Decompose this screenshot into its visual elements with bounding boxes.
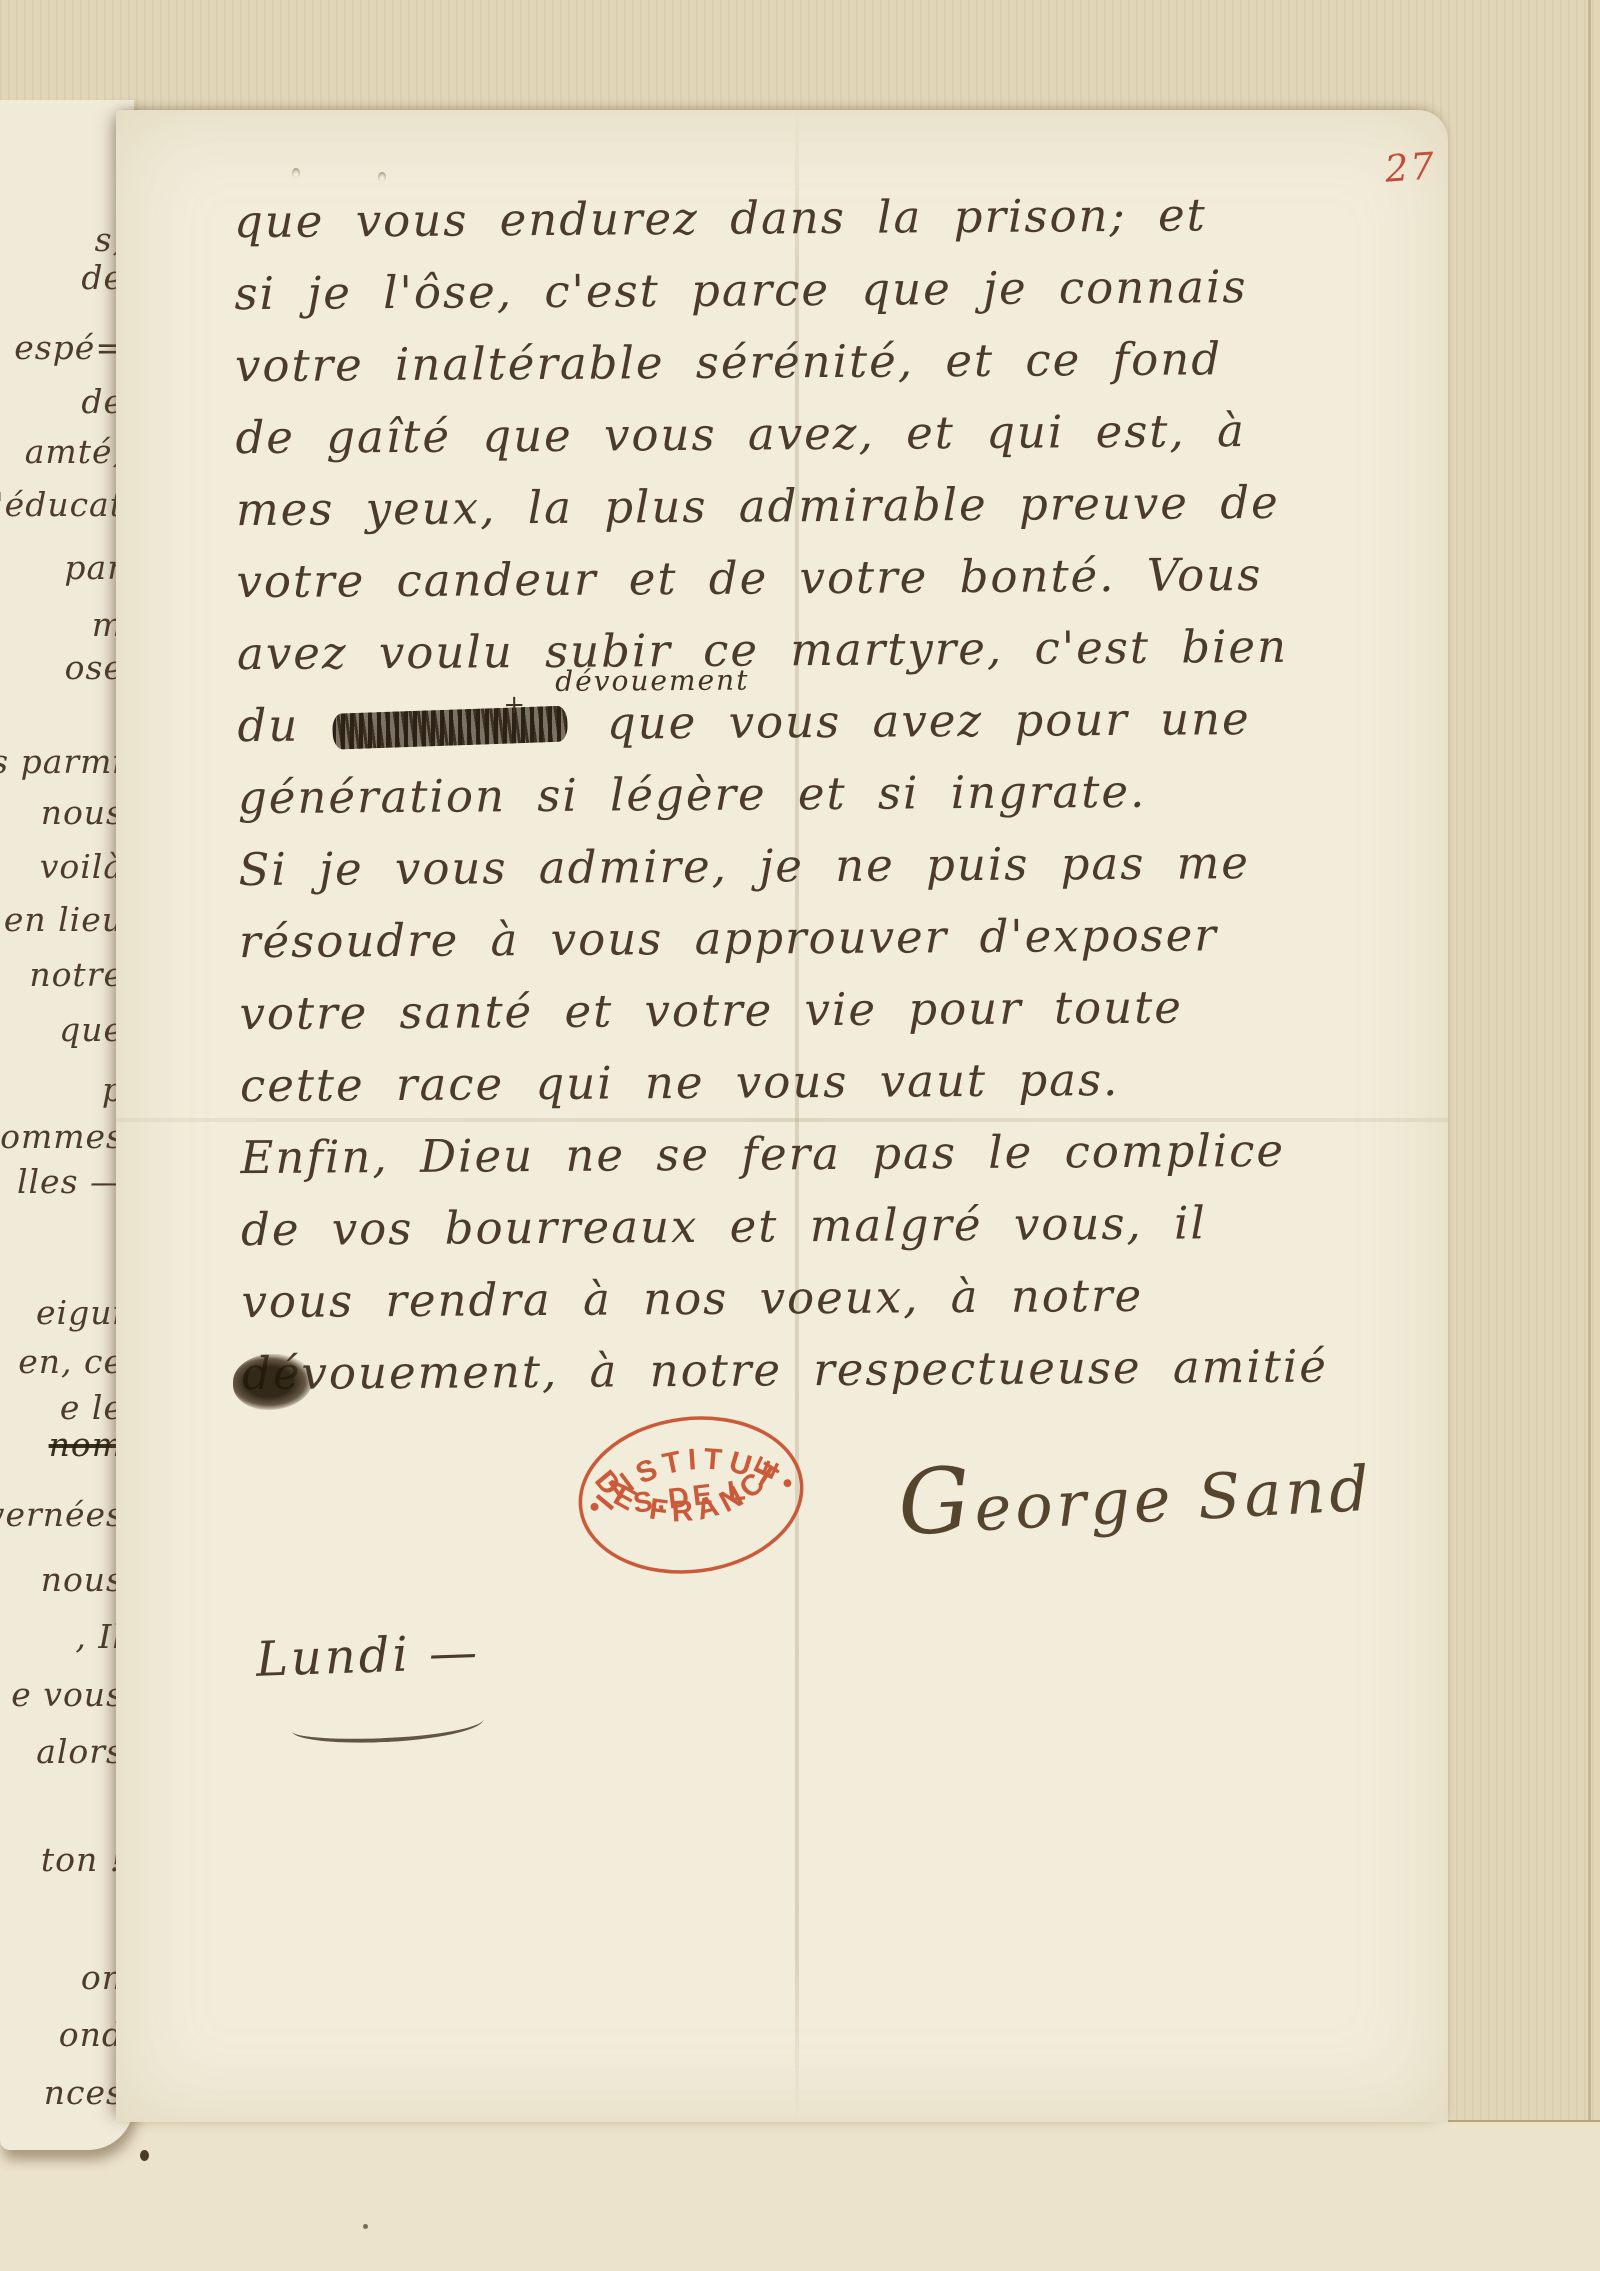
handwritten-line: votre candeur et de votre bonté. Vous [236, 538, 1416, 618]
margin-text-fragment: lles — [17, 1164, 124, 1200]
handwritten-line: votre inaltérable sérénité, et ce fond [235, 322, 1415, 402]
margin-text-fragment: alors [36, 1734, 124, 1770]
margin-text-fragment: l'éducat [0, 487, 124, 523]
dateline-flourish [292, 1713, 485, 1746]
margin-text-fragment: en, ce [18, 1344, 124, 1380]
handwritten-line: cette race qui ne vous vaut pas. [240, 1042, 1420, 1122]
previous-page-edge: s,deespé=deamté,l'éducatparmoses parmino… [0, 100, 134, 2150]
handwritten-line: de gaîté que vous avez, et qui est, à [235, 394, 1415, 474]
signature-george-sand: George Sand [896, 1428, 1375, 1557]
margin-text-fragment: s parmi [0, 744, 124, 780]
handwritten-line: mes yeux, la plus admirable preuve de [236, 466, 1416, 546]
pinhole-mark [378, 172, 386, 182]
handwritten-line: résoudre à vous approuver d'exposer [239, 898, 1419, 978]
dateline-lundi: Lundi — [255, 1624, 481, 1688]
handwritten-line: Enfin, Dieu ne se fera pas le complice [240, 1114, 1420, 1194]
margin-text-fragment: e vous [11, 1677, 124, 1713]
margin-text-fragment: ommes [0, 1119, 124, 1155]
right-sheet-edge [1588, 0, 1591, 2271]
margin-text-fragment: ton ! [41, 1842, 124, 1878]
handwritten-line: vous rendra à nos voeux, à notre [241, 1258, 1421, 1338]
margin-text-fragment: uvernées [0, 1497, 124, 1533]
paper-speck [140, 2150, 149, 2161]
margin-text-fragment: que [59, 1012, 124, 1048]
margin-text-fragment: nom [49, 1427, 124, 1463]
letter-page: 27 que vous endurez dans la prison; etsi… [116, 110, 1448, 2122]
stamp-dot-left [590, 1502, 599, 1511]
handwritten-line: votre santé et votre vie pour toute [239, 970, 1419, 1050]
pinhole-mark [292, 168, 300, 178]
handwritten-line: Si je vous admire, je ne puis pas me [238, 826, 1418, 906]
margin-text-fragment: nces [44, 2075, 124, 2111]
handwritten-line: dévouement, à notre respectueuse amitié [242, 1330, 1422, 1410]
margin-fragments: s,deespé=deamté,l'éducatparmoses parmino… [0, 100, 134, 2150]
margin-text-fragment: notre [29, 957, 124, 993]
bottom-under-sheet [0, 2120, 1600, 2271]
handwritten-line: que vous endurez dans la prison; et [234, 178, 1414, 258]
handwritten-line: génération si légère et si ingrate. [238, 754, 1418, 834]
margin-text-fragment: en lieu [4, 902, 124, 938]
handwritten-line: de vos bourreaux et malgré vous, il [241, 1186, 1421, 1266]
margin-text-fragment: ond [59, 2017, 124, 2053]
letter-body: que vous endurez dans la prison; etsi je… [234, 178, 1423, 1410]
margin-text-fragment: nous [41, 795, 124, 831]
margin-text-fragment: e le [60, 1390, 124, 1426]
stamp-dot-right [783, 1479, 792, 1488]
institut-de-france-stamp: INSTITUT S.DE L DE FRANCE [563, 1396, 820, 1594]
margin-text-fragment: eigui [36, 1295, 124, 1331]
handwritten-line: avez voulu subir ce martyre, c'est bien [237, 610, 1417, 690]
margin-text-fragment: voilà [40, 849, 124, 885]
margin-text-fragment: amté, [25, 434, 124, 470]
handwritten-line: du que vous avez pour une+dévouement [237, 682, 1417, 762]
margin-text-fragment: espé= [14, 330, 124, 366]
handwritten-line: si je l'ôse, c'est parce que je connais [234, 250, 1414, 330]
paper-speck [363, 2224, 368, 2229]
margin-text-fragment: nous [41, 1562, 124, 1598]
